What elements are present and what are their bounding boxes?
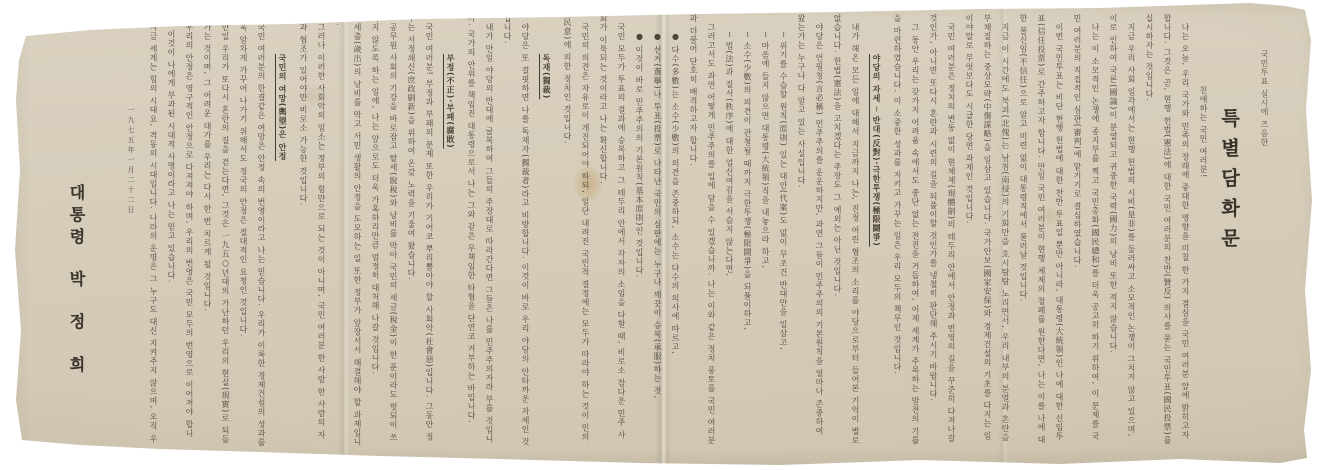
- text-column-paragraph: 국민의 의견은 자유로이 개진되어야 하되, 일단 내려진 국민적 결정에는 모…: [558, 14, 594, 448]
- text-column-paragraph: 내가 만일 야당의 반대에 굴복하여 그들의 주장대로 따라간다면 그들은 나를…: [462, 14, 498, 448]
- president-signature: 대통령 박 정 희: [62, 184, 88, 384]
- text-column-paragraph: 독재(獨裁): [537, 14, 555, 448]
- document-title: 특별담화문: [1213, 108, 1243, 288]
- text-column-paragraph: 그 동안 우리는 갖가지 어려움 속에서도 중단 없는 전진을 거듭하여, 이제…: [888, 14, 924, 448]
- text-column-paragraph: 부정(不正)·부패(腐敗): [441, 14, 459, 448]
- text-column-paragraph: 야당은 또 걸핏하면 나를 독재자(獨裁者)라고 비방합니다. 이것이 바로 우…: [498, 14, 534, 448]
- text-column-paragraph: ● 이것이 바로 민주주의의 기본원칙(基本原則)인 것입니다.: [630, 14, 648, 448]
- text-column-paragraph: 야당의 자세 ─ 반대(反對)·극한투쟁(極限鬪爭): [867, 14, 885, 448]
- text-column-paragraph: 지금 세계는 힘의 시대요, 격동의 시대입니다. 나라의 운명은 그 누구도 …: [142, 14, 162, 448]
- document-kicker: 국민투표 실시에 즈음한: [1246, 50, 1270, 170]
- text-column-paragraph: 그러고서도 과연 어떻게 민주주의를 입에 담을 수 있겠습니까. 나는 이와 …: [684, 14, 720, 448]
- text-column-paragraph: 국민 여러분은 정치의 변동 없이 현체제(現體制)의 테두리 안에서 안정과 …: [924, 14, 960, 448]
- text-column-paragraph: ─ 마음에 들지 않으면 대통령(大統領)직을 내놓으라 하고,: [756, 14, 774, 448]
- document-paper: 국민투표 실시에 즈음한 특별담화문 친애하는 국민 여러분!나는 오늘, 우리…: [0, 0, 1327, 470]
- text-column-paragraph: 이번 국민투표는 비단 현행 헌법에 대한 찬반 투표일 뿐만 아니라, 대통령…: [1014, 14, 1068, 448]
- document-body-columns: 친애하는 국민 여러분!나는 오늘, 우리 국가와 민족의 장래에 중대한 영향…: [142, 14, 1212, 448]
- page-background: { "document": { "kicker": "국민투표 실시에 즈음한"…: [0, 0, 1327, 470]
- text-column-paragraph: 내가 해온 모든 일에 대해서 지금까지 나는, 진정 어린 협조의 소리를 야…: [828, 14, 864, 448]
- text-column-paragraph: 국민 여러분! 부정과 부패의 문제 또한 우리가 기어코 뿌리뽑아야 할 사회…: [402, 14, 438, 448]
- text-column-paragraph: 국민의 여망(輿望)은 안정: [273, 14, 291, 448]
- document-date: 一九七五年一月二十二日: [122, 106, 136, 230]
- text-column-paragraph: 야당은 언필칭(言必稱) 민주주의를 운운하지만, 과연 그들이 민주주의의 기…: [792, 14, 828, 448]
- text-column-paragraph: 나는 오늘, 우리 국가와 민족의 장래에 중대한 영향을 미칠 한 가지 결심…: [1140, 14, 1194, 448]
- text-column-paragraph: ● 다수(多數)는 소수(少數)의 의견을 존중하되, 소수는 다수의 의사에 …: [666, 14, 684, 448]
- text-column-paragraph: 국민 여러분의 한결같은 여망은 안정 속의 번영이라고 나는 믿습니다. 우리…: [234, 14, 270, 448]
- text-column-paragraph: 우리의 안정은 영구적인 안정으로 다져져야 하며, 우리의 번영은 국민 모두…: [162, 14, 198, 448]
- text-column-paragraph: ─ 위기를 수습할 원칙(原則) 있는 대안(代案)도 없이 무조건 반대만을 …: [774, 14, 792, 448]
- text-column-paragraph: 지금 우리 사회 일각에서는 현행 헌법의 시비(是非)를 둘러싸고 소모적인 …: [1104, 14, 1140, 448]
- text-column-paragraph: 만일 우리가 또다시 혼란의 길을 걷는다면, 그것은 一九五○년대의 가난하던…: [198, 14, 234, 448]
- text-column-paragraph: 지금 이 시간에도 북괴(北傀)는 남침(南侵)의 기회만을 호시탐탐 노리면서…: [960, 14, 1014, 448]
- text-column-paragraph: 친애하는 국민 여러분!: [1194, 14, 1212, 448]
- text-column-paragraph: 국민 모두가 투표의 결과에 승복하고 그 테두리 안에서 각자의 소임을 다할…: [594, 14, 630, 448]
- text-column-paragraph: 공무원 사회의 기강을 바로잡고 탈세(脫稅)와 낭비를 막아 국민의 세금(稅…: [366, 14, 402, 448]
- text-column-paragraph: ● 선거(選擧)나 투표(投票)로 나타난 국민의 심판에는 누구나 깨끗이 승…: [648, 14, 666, 448]
- text-column-paragraph: 나는 이 소모적인 논쟁에 종지부를 찍고 국민총화(國民總和)를 더욱 공고히…: [1068, 14, 1104, 448]
- text-column-paragraph: 세출(歲出)의 낭비를 막고 서민 생활의 안정을 도모하는 일 또한 정부가 …: [330, 14, 366, 448]
- text-column-paragraph: ─ 소수(少數)의 의견이 관철될 때까지 극한투쟁(極限鬪爭)을 되풀이하고,: [738, 14, 756, 448]
- text-column-paragraph: 그러나 이러한 사회악의 일소는 정부의 힘만으로 되는 것이 아니며, 국민 …: [294, 14, 330, 448]
- text-column-paragraph: ─ 법(法)과 질서(秩序)에 대한 업신여김을 서슴지 않는다면,: [720, 14, 738, 448]
